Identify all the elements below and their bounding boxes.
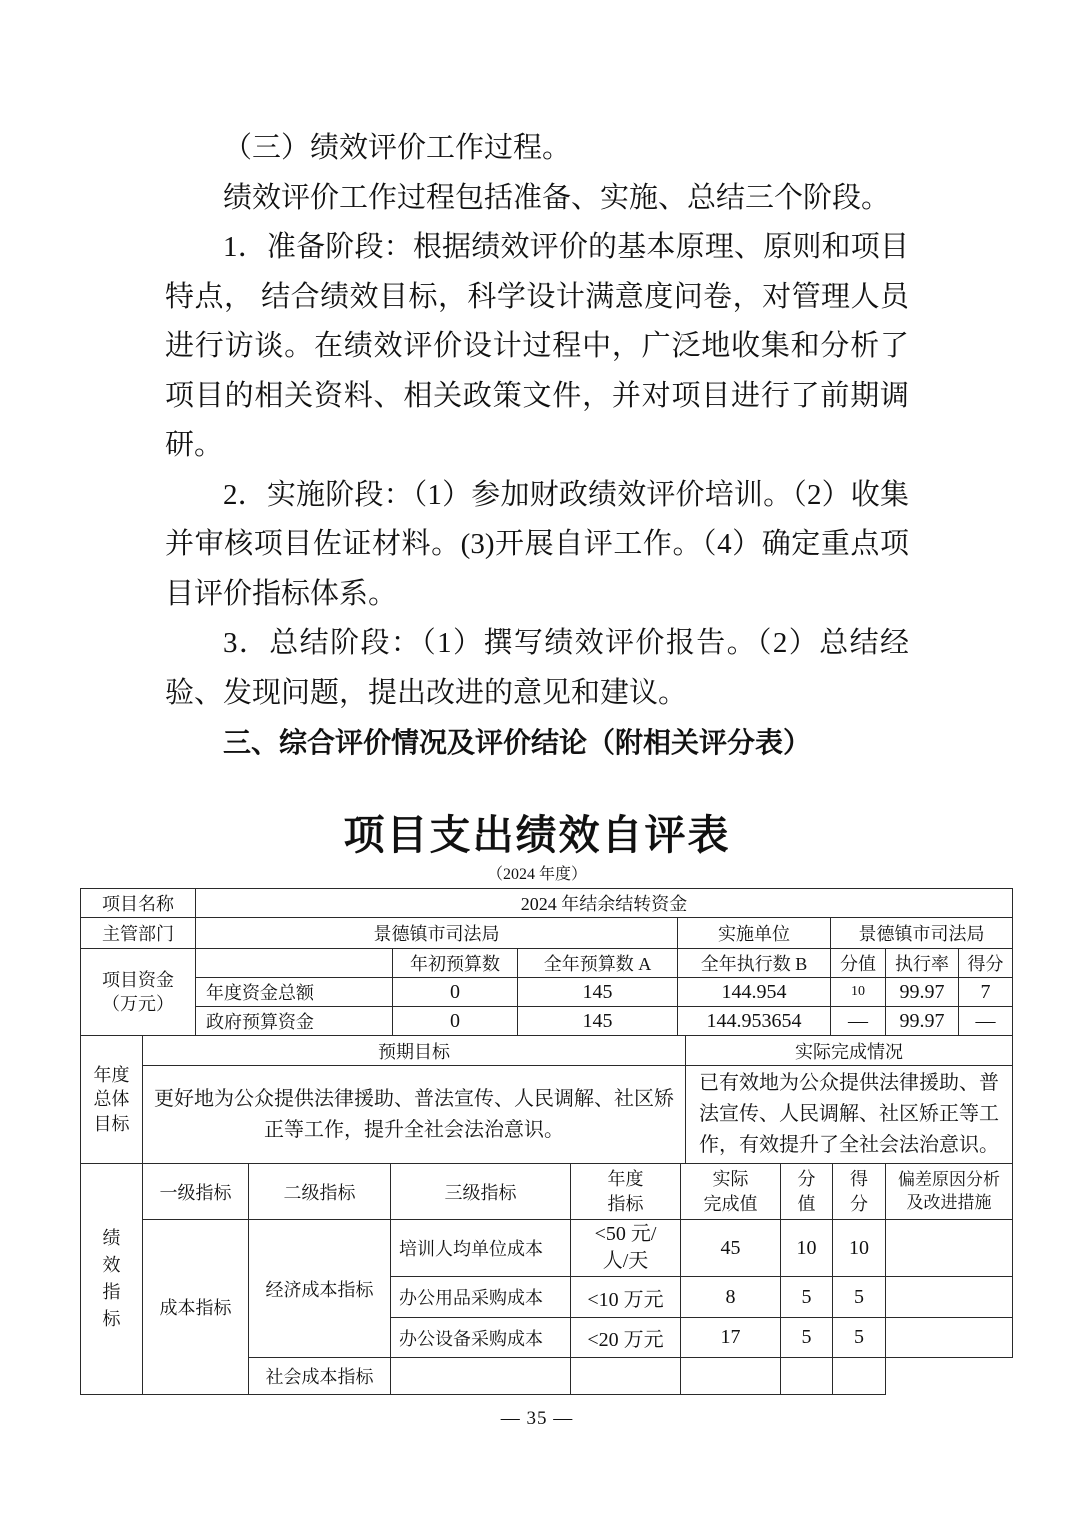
paragraph-implementation-stage: 2．实施阶段：（1）参加财政绩效评价培训。（2）收集并审核项目佐证材料。(3)开… — [165, 471, 909, 620]
indicator-actual: 45 — [681, 1220, 781, 1277]
weight-header: 分 值 — [781, 1164, 833, 1220]
actual-result-header: 实际完成情况 — [686, 1036, 1013, 1066]
indicator-name: 办公用品采购成本 — [391, 1277, 571, 1318]
level2-header: 二级指标 — [249, 1164, 391, 1220]
paragraph-work-process-title: （三）绩效评价工作过程。 — [165, 124, 909, 174]
funds-executed-value: 144.954 — [678, 978, 831, 1007]
indicator-actual: 8 — [681, 1277, 781, 1318]
goal-text-row: 更好地为公众提供法律援助、普法宣传、人民调解、社区矫正等工作，提升全社会法治意识… — [81, 1066, 1013, 1164]
indicator-score: 10 — [833, 1220, 886, 1277]
project-info-section: 项目名称 2024 年结余结转资金 主管部门 景德镇市司法局 实施单位 景德镇市… — [80, 888, 1013, 1036]
report-text-block: （三）绩效评价工作过程。 绩效评价工作过程包括准备、实施、总结三个阶段。 1．准… — [165, 124, 909, 768]
department-row: 主管部门 景德镇市司法局 实施单位 景德镇市司法局 — [81, 918, 1013, 949]
funds-rate-value: 99.97 — [886, 1007, 959, 1036]
funds-col-initial-budget: 年初预算数 — [393, 949, 518, 978]
funds-score-value: 7 — [959, 978, 1013, 1007]
annual-goal-label: 年度 总体 目标 — [81, 1036, 143, 1164]
empty-cell — [391, 1358, 571, 1395]
annual-target-header: 年度 指标 — [571, 1164, 681, 1220]
paragraph-summary-stage: 3．总结阶段：（1）撰写绩效评价报告。（2）总结经验、发现问题，提出改进的意见和… — [165, 619, 909, 718]
funds-annual-value: 145 — [518, 1007, 678, 1036]
indicator-name: 培训人均单位成本 — [391, 1220, 571, 1277]
empty-cell — [781, 1358, 833, 1395]
indicator-row-training-cost: 成本指标 经济成本指标 培训人均单位成本 <50 元/ 人/天 45 10 10 — [81, 1220, 1013, 1277]
indicator-name: 办公设备采购成本 — [391, 1318, 571, 1358]
funds-total-row: 年度资金总额 0 145 144.954 10 99.97 7 — [81, 978, 1013, 1007]
indicator-actual: 17 — [681, 1318, 781, 1358]
annual-goal-section: 年度 总体 目标 预期目标 实际完成情况 更好地为公众提供法律援助、普法宣传、人… — [80, 1035, 1013, 1164]
cost-indicator-label: 成本指标 — [143, 1220, 249, 1395]
funds-weight-value: 10 — [831, 978, 886, 1007]
project-name-label: 项目名称 — [81, 889, 196, 918]
funds-col-executed: 全年执行数 B — [678, 949, 831, 978]
funds-label: 项目资金 （万元） — [81, 949, 196, 1036]
goal-header-row: 年度 总体 目标 预期目标 实际完成情况 — [81, 1036, 1013, 1066]
funds-row-name: 年度资金总额 — [196, 978, 393, 1007]
social-cost-label: 社会成本指标 — [249, 1358, 391, 1395]
indicator-target: <20 万元 — [571, 1318, 681, 1358]
indicator-weight: 5 — [781, 1318, 833, 1358]
table-subtitle: （2024 年度） — [0, 861, 1074, 884]
section-heading: 三、综合评价情况及评价结论（附相关评分表） — [165, 718, 909, 768]
funds-row-name: 政府预算资金 — [196, 1007, 393, 1036]
indicator-score: 5 — [833, 1277, 886, 1318]
funds-col-score: 得分 — [959, 949, 1013, 978]
dept-label: 主管部门 — [81, 918, 196, 949]
indicators-label: 绩效指标 — [81, 1164, 143, 1395]
funds-header-row: 项目资金 （万元） 年初预算数 全年预算数 A 全年执行数 B 分值 执行率 得… — [81, 949, 1013, 978]
indicator-target: <10 万元 — [571, 1277, 681, 1318]
funds-executed-value: 144.953654 — [678, 1007, 831, 1036]
indicator-deviation — [886, 1277, 1013, 1318]
expected-goal-header: 预期目标 — [143, 1036, 686, 1066]
indicator-deviation — [886, 1318, 1013, 1358]
empty-cell — [833, 1358, 886, 1395]
funds-annual-value: 145 — [518, 978, 678, 1007]
paragraph-preparation-stage: 1．准备阶段：根据绩效评价的基本原理、原则和项目特点， 结合绩效目标，科学设计满… — [165, 223, 909, 471]
indicators-section: 绩效指标 一级指标 二级指标 三级指标 年度 指标 实际 完成值 分 值 得 分… — [80, 1163, 1013, 1395]
page-number: — 35 — — [0, 1408, 1074, 1430]
funds-initial-value: 0 — [393, 978, 518, 1007]
document-page: （三）绩效评价工作过程。 绩效评价工作过程包括准备、实施、总结三个阶段。 1．准… — [0, 0, 1074, 1520]
paragraph-work-process-summary: 绩效评价工作过程包括准备、实施、总结三个阶段。 — [165, 174, 909, 224]
dept-value: 景德镇市司法局 — [196, 918, 678, 949]
project-name-row: 项目名称 2024 年结余结转资金 — [81, 889, 1013, 918]
level1-header: 一级指标 — [143, 1164, 249, 1220]
economic-cost-label: 经济成本指标 — [249, 1220, 391, 1358]
funds-gov-row: 政府预算资金 0 145 144.953654 — 99.97 — — [81, 1007, 1013, 1036]
actual-value-header: 实际 完成值 — [681, 1164, 781, 1220]
funds-col-weight: 分值 — [831, 949, 886, 978]
table-title: 项目支出绩效自评表 — [0, 802, 1074, 861]
funds-initial-value: 0 — [393, 1007, 518, 1036]
self-evaluation-table: 项目名称 2024 年结余结转资金 主管部门 景德镇市司法局 实施单位 景德镇市… — [80, 888, 1012, 1395]
indicators-label-vertical-text: 绩效指标 — [102, 1225, 122, 1333]
funds-weight-value: — — [831, 1007, 886, 1036]
empty-cell — [571, 1358, 681, 1395]
score-header: 得 分 — [833, 1164, 886, 1220]
funds-col-rate: 执行率 — [886, 949, 959, 978]
indicator-target: <50 元/ 人/天 — [571, 1220, 681, 1277]
indicator-weight: 10 — [781, 1220, 833, 1277]
indicator-score: 5 — [833, 1318, 886, 1358]
impl-unit-value: 景德镇市司法局 — [831, 918, 1013, 949]
deviation-header: 偏差原因分析 及改进措施 — [886, 1164, 1013, 1220]
level3-header: 三级指标 — [391, 1164, 571, 1220]
indicator-deviation — [886, 1220, 1013, 1277]
indicators-header-row: 绩效指标 一级指标 二级指标 三级指标 年度 指标 实际 完成值 分 值 得 分… — [81, 1164, 1013, 1220]
funds-col-annual-budget: 全年预算数 A — [518, 949, 678, 978]
funds-rate-value: 99.97 — [886, 978, 959, 1007]
empty-cell — [196, 949, 393, 978]
funds-score-value: — — [959, 1007, 1013, 1036]
indicator-weight: 5 — [781, 1277, 833, 1318]
project-name-value: 2024 年结余结转资金 — [196, 889, 1013, 918]
empty-cell — [681, 1358, 781, 1395]
actual-result-text: 已有效地为公众提供法律援助、普法宣传、人民调解、社区矫正等工作，有效提升了全社会… — [686, 1066, 1013, 1164]
impl-unit-label: 实施单位 — [678, 918, 831, 949]
expected-goal-text: 更好地为公众提供法律援助、普法宣传、人民调解、社区矫正等工作，提升全社会法治意识… — [143, 1066, 686, 1164]
